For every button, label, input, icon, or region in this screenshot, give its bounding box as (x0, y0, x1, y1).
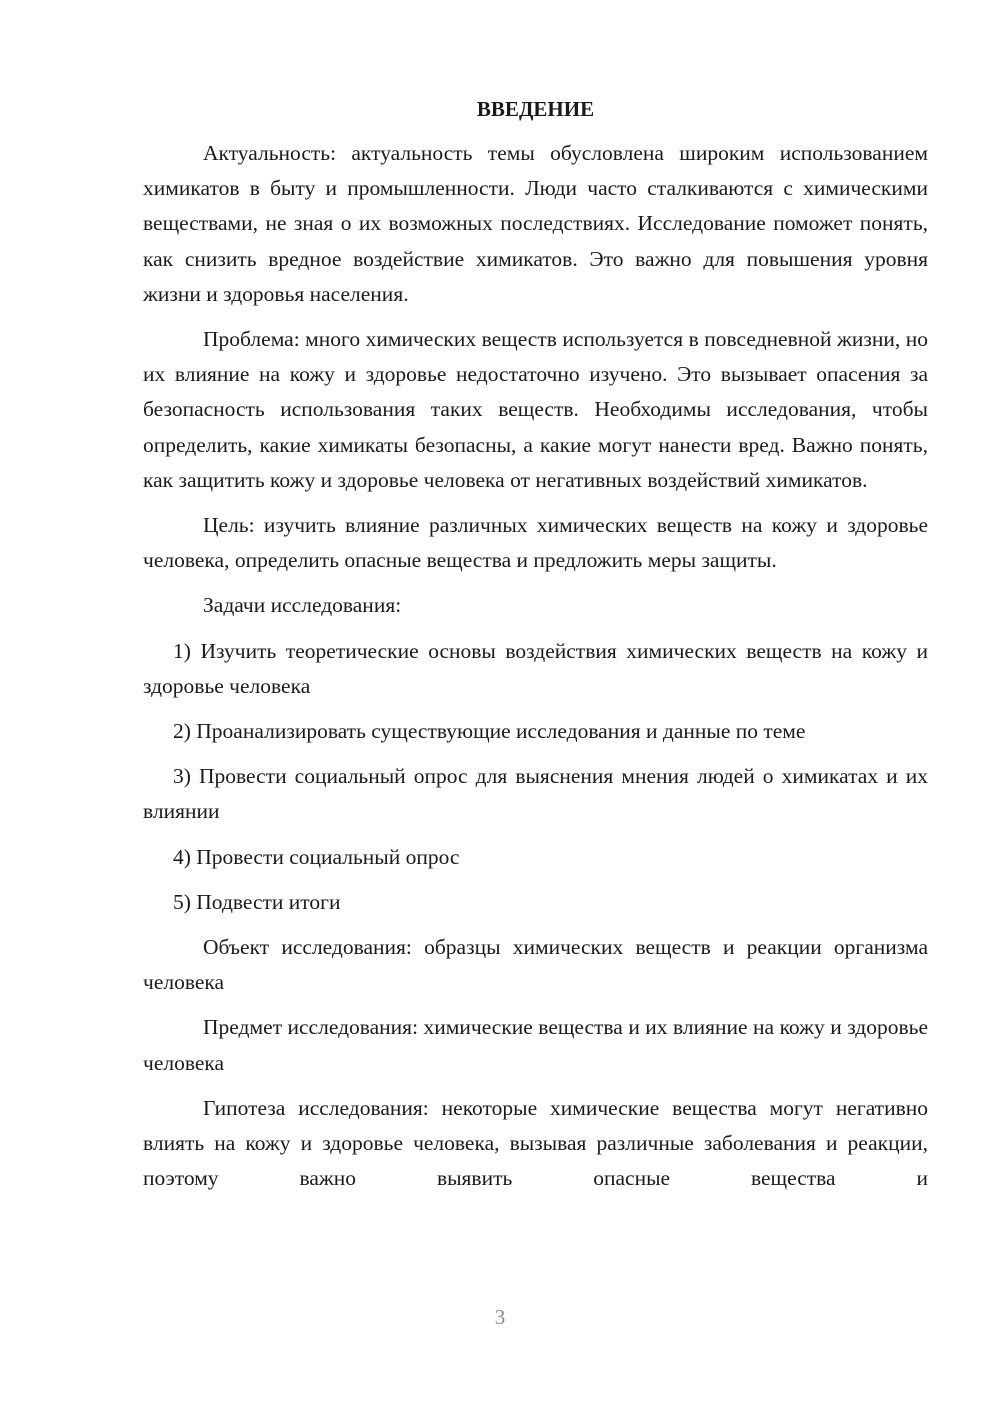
tasks-heading: Задачи исследования: (143, 588, 928, 623)
task-item: 3) Провести социальный опрос для выяснен… (143, 759, 928, 829)
section-title: ВВЕДЕНИЕ (143, 92, 928, 126)
tasks-list: 1) Изучить теоретические основы воздейст… (143, 634, 928, 920)
document-page: ВВЕДЕНИЕ Актуальность: актуальность темы… (143, 92, 928, 1196)
paragraph-object: Объект исследования: образцы химических … (143, 930, 928, 1000)
task-item: 1) Изучить теоретические основы воздейст… (143, 634, 928, 704)
paragraph-subject: Предмет исследования: химические веществ… (143, 1010, 928, 1080)
paragraph-relevance: Актуальность: актуальность темы обусловл… (143, 136, 928, 312)
task-item: 2) Проанализировать существующие исследо… (143, 714, 928, 749)
page-number: 3 (0, 1305, 1000, 1330)
paragraph-goal: Цель: изучить влияние различных химическ… (143, 508, 928, 578)
task-item: 5) Подвести итоги (143, 885, 928, 920)
paragraph-problem: Проблема: много химических веществ испол… (143, 322, 928, 498)
task-item: 4) Провести социальный опрос (143, 840, 928, 875)
paragraph-hypothesis: Гипотеза исследования: некоторые химичес… (143, 1091, 928, 1197)
